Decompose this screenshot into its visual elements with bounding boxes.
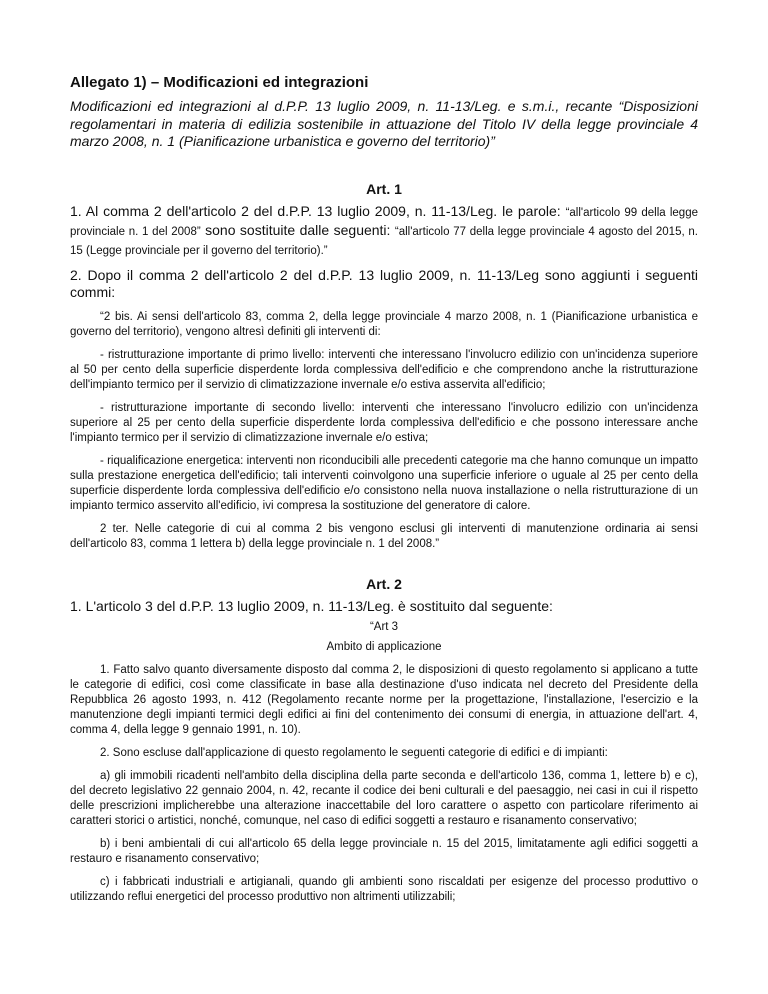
quote-2bis: “2 bis. Ai sensi dell'articolo 83, comma… — [70, 310, 698, 340]
art1-comma1-text-2: sono sostituite dalle seguenti: — [201, 222, 395, 238]
art1-comma1-text-1: 1. Al comma 2 dell'articolo 2 del d.P.P.… — [70, 203, 566, 219]
art3-item-c: c) i fabbricati industriali e artigianal… — [70, 875, 698, 905]
art3-item-b: b) i beni ambientali di cui all'articolo… — [70, 837, 698, 867]
document-page: Allegato 1) – Modificazioni ed integrazi… — [0, 0, 768, 994]
art1-comma1: 1. Al comma 2 dell'articolo 2 del d.P.P.… — [70, 203, 698, 260]
art3-comma2: 2. Sono escluse dall'applicazione di que… — [70, 746, 698, 761]
bullet-secondo-livello: - ristrutturazione importante di secondo… — [70, 401, 698, 446]
art3-title: Ambito di applicazione — [70, 640, 698, 655]
quote-2ter: 2 ter. Nelle categorie di cui al comma 2… — [70, 522, 698, 552]
bullet-primo-livello: - ristrutturazione importante di primo l… — [70, 348, 698, 393]
attachment-subtitle: Modificazioni ed integrazioni al d.P.P. … — [70, 98, 698, 151]
art3-comma1: 1. Fatto salvo quanto diversamente dispo… — [70, 663, 698, 738]
bullet-riqualificazione: - riqualificazione energetica: intervent… — [70, 454, 698, 514]
art2-comma1: 1. L'articolo 3 del d.P.P. 13 luglio 200… — [70, 598, 698, 615]
art1-heading: Art. 1 — [70, 181, 698, 198]
attachment-title: Allegato 1) – Modificazioni ed integrazi… — [70, 74, 698, 92]
art3-item-a: a) gli immobili ricadenti nell'ambito de… — [70, 769, 698, 829]
art3-label: “Art 3 — [70, 620, 698, 635]
art1-comma2: 2. Dopo il comma 2 dell'articolo 2 del d… — [70, 267, 698, 301]
art2-heading: Art. 2 — [70, 576, 698, 593]
